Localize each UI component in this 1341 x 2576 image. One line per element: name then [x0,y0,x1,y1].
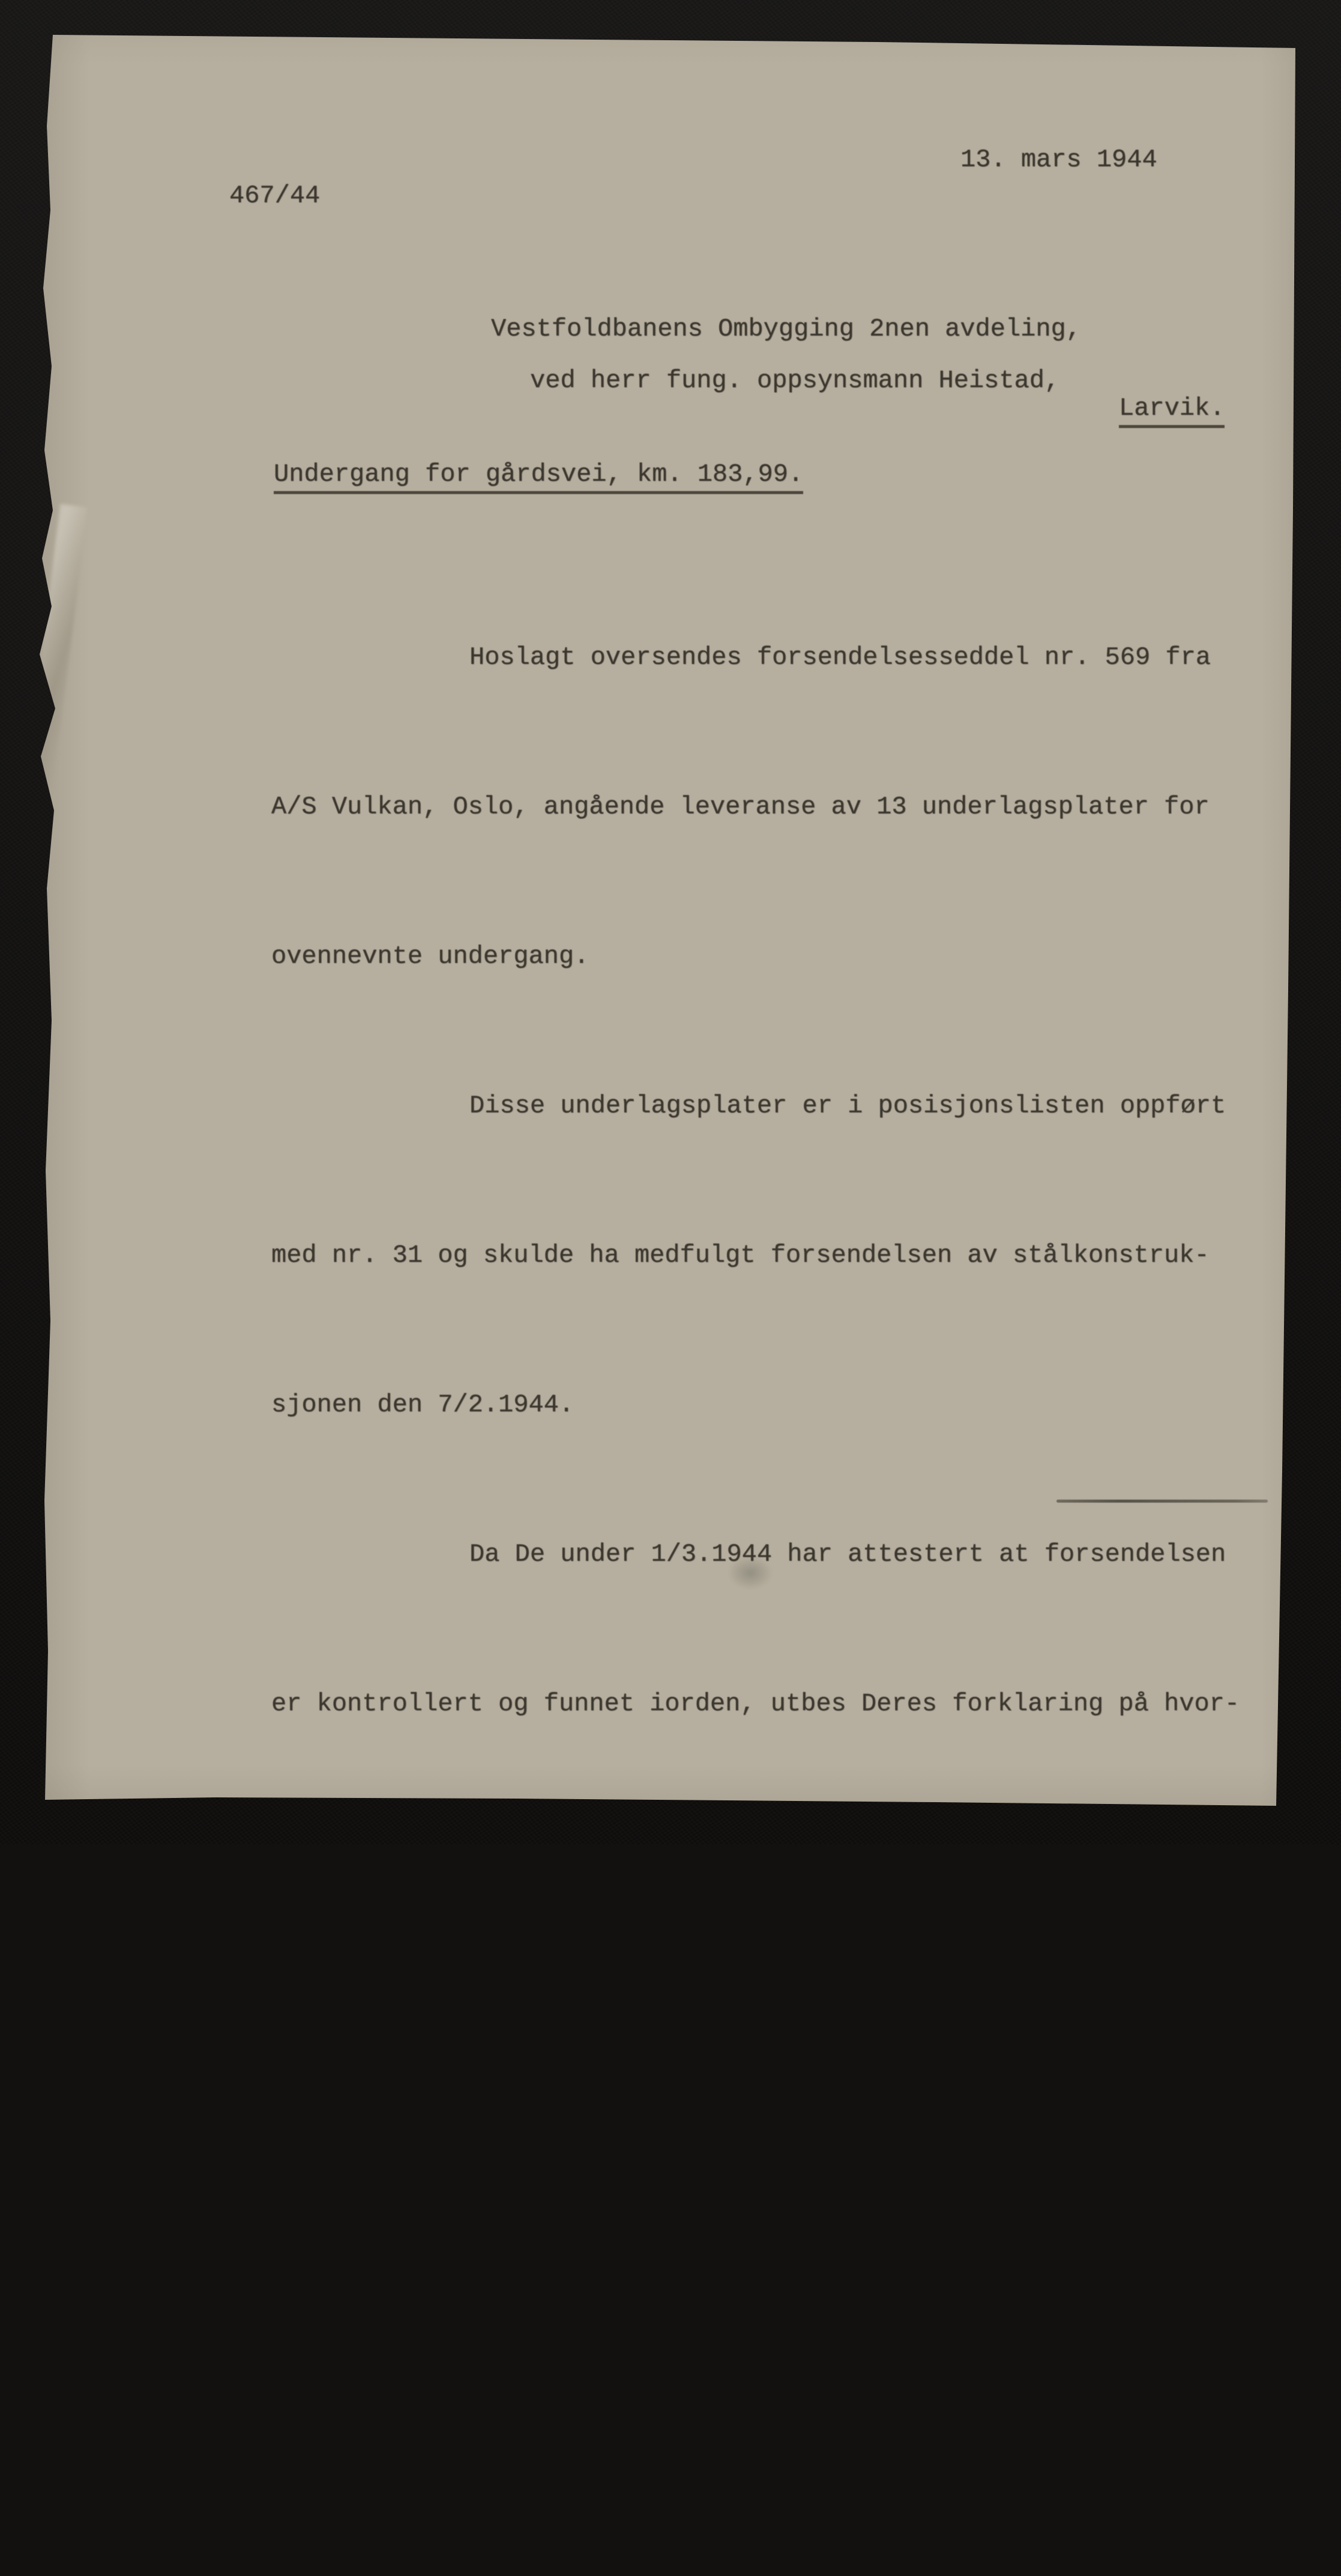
reference-number: 467/44 [229,181,320,210]
signature-rule [1056,1500,1268,1503]
subject-text: Undergang for gårdsvei, km. 183,99. [274,460,803,494]
body-line: Hoslagt oversendes forsendelsesseddel nr… [271,633,1280,683]
body-line: med nr. 31 og skulde ha medfulgt forsend… [271,1231,1280,1280]
body-line: Disse underlagsplater er i posisjonslist… [271,1081,1280,1131]
recipient-line-2: ved herr fung. oppsynsmann Heistad, [530,366,1059,395]
body-line: ovennevnte undergang. [271,932,1280,982]
subject-line: Undergang for gårdsvei, km. 183,99. [274,460,803,489]
body-line: sjonen den 7/2.1944. [271,1380,1280,1430]
recipient-line-1: Vestfoldbanens Ombygging 2nen avdeling, [491,315,1081,343]
body-line: Da De under 1/3.1944 har attestert at fo… [271,1530,1280,1579]
body-line: er kontrollert og funnet iorden, utbes D… [271,1679,1280,1729]
recipient-city-text: Larvik. [1119,394,1225,428]
body-line: A/S Vulkan, Oslo, angående leveranse av … [271,782,1280,832]
date-line: 13. mars 1944 [960,145,1157,174]
letter-page: 13. mars 1944 467/44 Vestfoldbanens Omby… [36,30,1303,1813]
letter-body: Hoslagt oversendes forsendelsesseddel nr… [271,533,1280,1844]
recipient-city: Larvik. [1119,394,1225,423]
